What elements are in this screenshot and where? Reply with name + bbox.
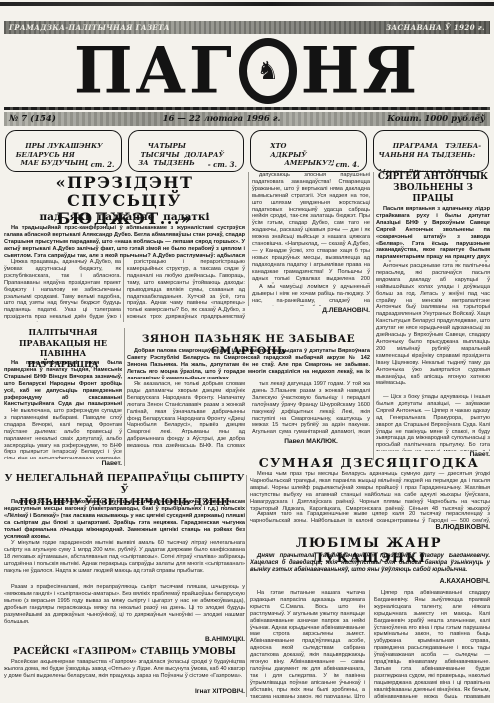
- sumnaja-byline: В.ЛЮДВІКОВІЧ.: [250, 524, 490, 531]
- spirt-byline: В.АНІМУЦКІ.: [4, 636, 245, 643]
- teaser-lukashenka-future: ПРЫ ЛУКАШЭНКУ БЕЛАРУСЬ НЯ МАЕ БУДУЧЫНІ -…: [5, 130, 122, 172]
- top-edge-rule: [0, 2, 494, 6]
- budget-column-1: Цяжка працаваць, адзначыў А.Дубко, ва ўм…: [4, 259, 121, 322]
- front-page-teasers: ПРЫ ЛУКАШЭНКУ БЕЛАРУСЬ НЯ МАЕ БУДУЧЫНІ -…: [5, 130, 489, 172]
- headline-sad-decade: СУМНАЯ ДЗЕСЯЦІГОДКА: [248, 455, 490, 470]
- pazniak-lead-paragraph: Добрая палова смаргонцаў ведае і памятае…: [127, 348, 370, 379]
- title-part-1: ПАГ: [74, 38, 235, 103]
- pravakacyja-byline: Павет.: [4, 460, 122, 467]
- budget-lead-paragraph: На традыцыйнай прэс-канферэнцыі ў аблвык…: [4, 225, 245, 258]
- teaser-page-ref: - ст. 3.: [208, 160, 237, 169]
- pazniak-byline: Павел МАКЛЮК.: [252, 438, 370, 445]
- antonchyk-paragraph-2: — Ціск з боку ўлады адчуваюць і іншыя бы…: [376, 394, 490, 451]
- zhanr-byline: А.КАХАНОВІЧ.: [250, 578, 490, 585]
- headline-gazprom-conditions: РАСЕЙСКІ «ГАЗПРОМ» СТАВІЦЬ УМОВЫ: [4, 647, 245, 657]
- issue-number: № 7 (154): [9, 114, 56, 124]
- issue-date: 16 — 22 лютага 1996 г.: [163, 114, 281, 124]
- gazprom-byline: Ігнат ХІТРОВІЧ.: [4, 688, 245, 695]
- spirt-paragraph-2: Разам з прафесіяналамі, якія перапраўляю…: [4, 584, 245, 635]
- headline-antonchyk: СЯРГЕЙ АНТОНЧЫК ЗВОЛЬНЕНЫ З ПРАЦЫ: [376, 172, 490, 205]
- sumnaja-paragraph-1: Менш чым праз тры месяцы Беларусь адзнач…: [250, 471, 490, 511]
- pahonia-knight-emblem: ♞: [239, 38, 297, 104]
- masthead-tagline-band: ГРАМАДЗКА-ПАЛІТЫЧНАЯ ГАЗЕТА ЗАСНАВАНА Ў …: [4, 21, 490, 34]
- spirt-paragraph-1: У мінулым годзе гарадзенскія мытнікі выя…: [4, 540, 245, 583]
- column-rule: [248, 172, 249, 306]
- antonchyk-lead-paragraph: Пасьля вяртаньня з адпачынку лідэр страй…: [376, 206, 490, 262]
- teaser-text: ХТО АДКРЫЎ АМЕРЫКУ?!: [256, 142, 335, 167]
- column-rule: [124, 328, 125, 466]
- antonchyk-paragraph-1: Антончык расцэньвае гэта як палітычны пе…: [376, 263, 490, 393]
- column-rule: [369, 590, 370, 698]
- issue-info-band: № 7 (154) 16 — 22 лютага 1996 г. Кошт. 1…: [4, 112, 490, 126]
- newspaper-title: ПАГ ♞ НЯ: [0, 38, 494, 104]
- pazniak-column-2: тых лекаў датуецца 1997 годам. У той жа …: [252, 381, 370, 436]
- title-underline-rule: [4, 107, 490, 110]
- teaser-page-ref: - ст. 2.: [85, 160, 114, 169]
- issue-price: Кошт. 1000 рублёў: [387, 114, 485, 124]
- zhanr-lead-paragraph: Днямі прачытала «абвінавачваньні» прэзід…: [250, 553, 490, 577]
- tagline-left: ГРАМАДЗКА-ПАЛІТЫЧНАЯ ГАЗЕТА: [9, 23, 170, 32]
- knight-icon: ♞: [257, 59, 279, 84]
- budget-byline: Д.ЛЕВАНОВІЧ.: [252, 307, 370, 314]
- zhanr-column-1: На гэтае пытаньне нашага чытача рэдакцыя…: [250, 590, 365, 698]
- teaser-tv-program: ПРАГРАМА ТЭЛЕБА- ЧАНЬНЯ НА ТЫДЗЕНЬ: Менс…: [373, 130, 490, 172]
- teaser-four-thousand-dollars: ЧАТЫРЫ ТЫСЯЧЫ ДОЛАРАЎ ЗА ТЫДЗЕНЬ - ст. 3…: [128, 130, 245, 172]
- tagline-right: ЗАСНАВАНА Ў 1920 г.: [386, 23, 485, 32]
- budget-column-2: рэгістрацыю і перарэгістрацыю камерцыйны…: [127, 259, 245, 322]
- spirt-lead-paragraph: Падлеткі 10-14 гадоў выконваюць функцыі …: [4, 499, 245, 539]
- teaser-text: ПРАГРАМА ТЭЛЕБА- ЧАНЬНЯ НА ТЫДЗЕНЬ:: [379, 142, 482, 158]
- column-rule: [123, 258, 124, 322]
- title-part-2: НЯ: [301, 38, 420, 103]
- budget-column-3: дапускаюць злосныя парушэньні падатковаг…: [252, 172, 370, 284]
- subhead-budget: пад які падганяе падаткі: [4, 211, 245, 223]
- column-rule: [246, 475, 247, 697]
- column-rule: [373, 172, 374, 460]
- pravakacyja-lead-paragraph: На прэс-канферэнцыі, якая была праведзен…: [4, 360, 122, 407]
- teaser-page-ref: - ст. 4.: [330, 160, 359, 169]
- pravakacyja-paragraph-1: Не выключана, што рэферэндум супадзе з п…: [4, 408, 122, 459]
- gazprom-paragraph-1: Расейскае акцыянернае таварыства «Газпро…: [4, 659, 245, 688]
- zhanr-column-2: Цяпер пра абвінавачваньні спадару Багдан…: [374, 590, 490, 698]
- teaser-who-discovered-america: ХТО АДКРЫЎ АМЕРЫКУ?! - ст. 4.: [250, 130, 367, 172]
- sumnaja-paragraph-2: Акрамя таго на Гарадзеншчыне жыве цяпер …: [250, 511, 490, 524]
- pazniak-column-1: Як аказалася, не толькі добрым словам ра…: [127, 381, 245, 447]
- newspaper-front-page: ГРАМАДЗКА-ПАЛІТЫЧНАЯ ГАЗЕТА ЗАСНАВАНА Ў …: [0, 0, 494, 703]
- budget-column-3b: А мы чамусьці ломімся ў адчыненыя дзьвер…: [252, 284, 370, 306]
